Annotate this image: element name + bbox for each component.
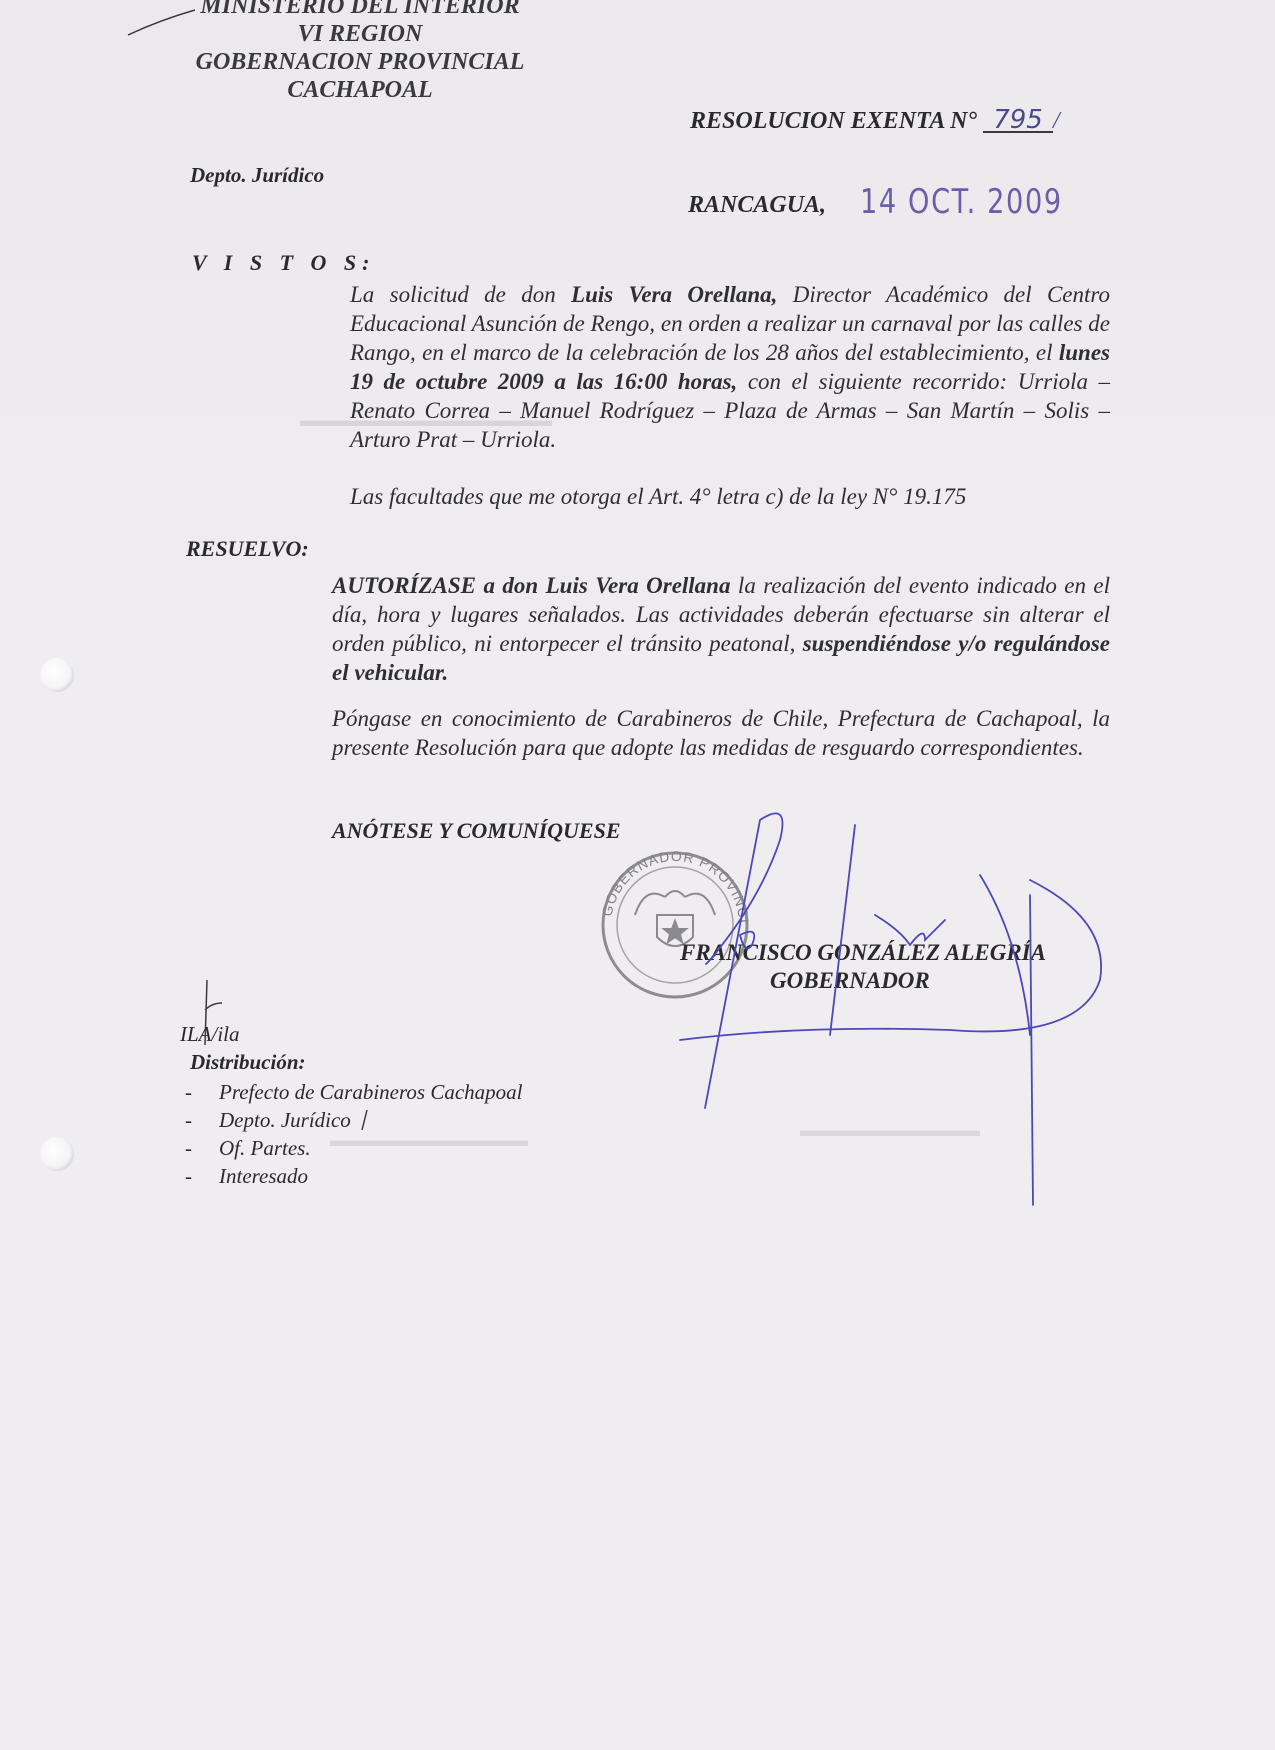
resuelvo-paragraph-2: Póngase en conocimiento de Carabineros d…: [332, 704, 1110, 762]
list-item: -Depto. Jurídico: [185, 1106, 523, 1134]
signatory-title: GOBERNADOR: [770, 968, 930, 994]
resolution-label: RESOLUCION EXENTA N°: [690, 108, 977, 134]
resuelvo-paragraph-1: AUTORÍZASE a don Luis Vera Orellana la r…: [332, 571, 1110, 687]
distribution-list: -Prefecto de Carabineros Cachapoal -Dept…: [185, 1078, 523, 1190]
scanned-page: ▬▬▬▬▬▬▬▬▬▬▬▬▬▬ ▬▬▬▬▬▬▬▬▬▬ ▬▬▬▬▬▬▬▬▬▬▬ MI…: [0, 0, 1275, 1750]
bleed-through-text: ▬▬▬▬▬▬▬▬▬▬: [800, 1120, 980, 1141]
date-stamp: 14 OCT. 2009: [860, 182, 1063, 222]
city-label: RANCAGUA,: [688, 192, 826, 219]
list-item: -Prefecto de Carabineros Cachapoal: [185, 1078, 523, 1106]
list-item: -Interesado: [185, 1162, 523, 1190]
distribution-heading: Distribución:: [190, 1050, 306, 1075]
resolution-number: 795: [983, 109, 1053, 133]
punch-hole: [40, 658, 74, 692]
resuelvo-heading: RESUELVO:: [186, 536, 309, 562]
svg-text:GOBERNADOR PROVINCIAL: GOBERNADOR PROVINCIAL: [599, 848, 752, 928]
resolution-title: RESOLUCION EXENTA N° 795/: [690, 108, 1060, 135]
header-region: VI REGION: [170, 20, 550, 48]
department-label: Depto. Jurídico: [190, 163, 324, 188]
header-office: GOBERNACION PROVINCIAL: [170, 48, 550, 76]
header-ministry: MINISTERIO DEL INTERIOR: [170, 0, 550, 20]
seal-text: GOBERNADOR PROVINCIAL: [599, 848, 752, 928]
vistos-paragraph-1: La solicitud de don Luis Vera Orellana, …: [350, 280, 1110, 454]
vistos-heading: V I S T O S:: [192, 250, 375, 276]
coat-of-arms-icon: [635, 891, 715, 946]
signatory-name: FRANCISCO GONZÁLEZ ALEGRÍA: [680, 940, 1046, 966]
vistos-paragraph-2: Las facultades que me otorga el Art. 4° …: [350, 482, 1110, 511]
drafter-initials: ILA/ila: [180, 1022, 240, 1047]
header-province: CACHAPOAL: [170, 76, 550, 104]
punch-hole: [40, 1137, 74, 1171]
closing-formula: ANÓTESE Y COMUNÍQUESE: [332, 818, 621, 844]
resolution-suffix: /: [1053, 108, 1060, 134]
list-item: -Of. Partes.: [185, 1134, 523, 1162]
